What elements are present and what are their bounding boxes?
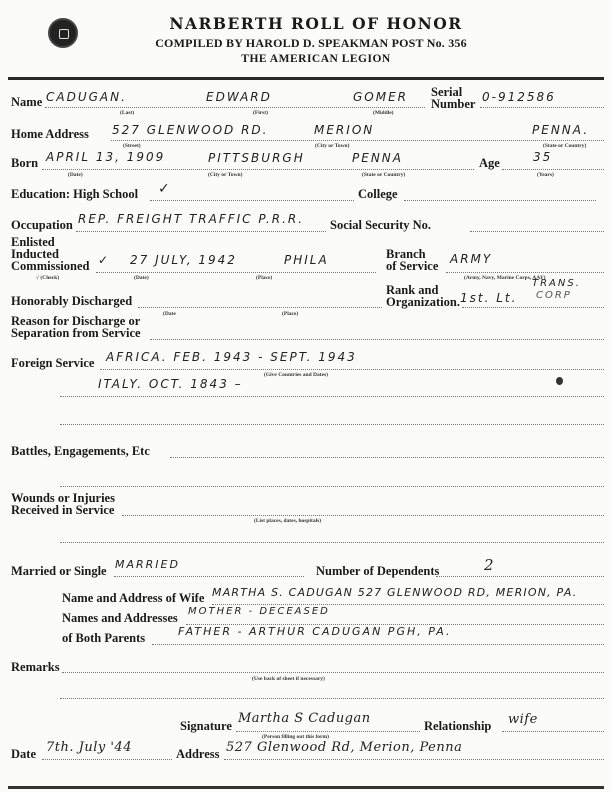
serial-line: [480, 107, 604, 108]
address-label: Address: [176, 748, 220, 761]
dependents-value[interactable]: 2: [484, 556, 494, 574]
wounds-label-2: Received in Service: [11, 504, 114, 517]
age-line: [502, 169, 604, 170]
wife-line: [212, 604, 604, 605]
battles-line-2[interactable]: [60, 486, 604, 487]
marital-label: Married or Single: [11, 565, 107, 578]
service-entry-date[interactable]: 27 JULY, 1942: [130, 253, 237, 267]
date-sublabel: (Date): [134, 275, 149, 281]
wounds-sublabel: (List places, dates, hospitals): [254, 518, 321, 524]
discharge-reason-label-2: Separation from Service: [11, 327, 141, 340]
address-line: [224, 759, 604, 760]
first-sublabel: (First): [253, 110, 268, 116]
last-sublabel: (Last): [120, 110, 134, 116]
birth-state-sublabel: (State or Country): [362, 172, 405, 178]
check-sublabel: √ (Check): [36, 275, 59, 281]
signature-line: [236, 731, 420, 732]
battles-label: Battles, Engagements, Etc: [11, 445, 150, 458]
dependents-label: Number of Dependents: [316, 565, 439, 578]
foreign-service-label: Foreign Service: [11, 357, 94, 370]
header-divider: [8, 77, 604, 80]
discharge-place-sublabel: (Place): [282, 311, 298, 317]
service-entry-line: [96, 272, 376, 273]
first-name-value[interactable]: EDWARD: [206, 90, 272, 104]
city-value[interactable]: MERION: [314, 123, 374, 137]
branch-value[interactable]: ARMY: [450, 252, 492, 266]
date-value[interactable]: 7th. July '44: [46, 740, 132, 755]
foreign-service-sublabel: (Give Countries and Dates): [264, 372, 328, 378]
remarks-label: Remarks: [11, 661, 60, 674]
remarks-line-2[interactable]: [60, 698, 604, 699]
rank-label-2: Organization.: [386, 296, 460, 309]
marital-line: [114, 576, 304, 577]
age-label: Age: [479, 157, 500, 170]
serial-number-value[interactable]: 0-912586: [482, 90, 556, 104]
ssn-label: Social Security No.: [330, 219, 431, 232]
form-subtitle: COMPILED BY HAROLD D. SPEAKMAN POST No. …: [0, 36, 612, 51]
birth-city-sublabel: (City or Town): [208, 172, 242, 178]
home-address-line: [111, 140, 604, 141]
street-sublabel: (Street): [123, 143, 141, 149]
home-address-label: Home Address: [11, 128, 89, 141]
college-line[interactable]: [404, 200, 596, 201]
education-label: Education: High School: [11, 188, 138, 201]
parents-label-2: of Both Parents: [62, 632, 145, 645]
occupation-value[interactable]: REP. FREIGHT TRAFFIC P.R.R.: [78, 212, 304, 226]
age-sublabel: (Years): [537, 172, 554, 178]
rank-value[interactable]: 1st. Lt.: [460, 291, 517, 305]
relationship-label: Relationship: [424, 720, 491, 733]
foreign-service-value-1[interactable]: AFRICA. FEB. 1943 - SEPT. 1943: [106, 350, 357, 364]
serial-label-2: Number: [431, 98, 475, 111]
commissioned-label: Commissioned: [11, 260, 89, 273]
wounds-line-2[interactable]: [60, 542, 604, 543]
occupation-label: Occupation: [11, 219, 73, 232]
born-line: [42, 169, 474, 170]
foreign-service-line-1: [100, 369, 604, 370]
wounds-line-1[interactable]: [122, 515, 604, 516]
birth-date-value[interactable]: APRIL 13, 1909: [46, 150, 165, 164]
city-sublabel: (City or Town): [315, 143, 349, 149]
wife-value[interactable]: MARTHA S. CADUGAN 527 GLENWOOD RD, MERIO…: [212, 586, 577, 599]
footer-divider: [8, 786, 604, 789]
ssn-line[interactable]: [470, 231, 604, 232]
occupation-line: [76, 231, 326, 232]
organization-value-1[interactable]: TRANS.: [532, 278, 581, 289]
name-label: Name: [11, 96, 42, 109]
parents-line-2: [152, 644, 604, 645]
birth-city-value[interactable]: PITTSBURGH: [208, 151, 305, 165]
organization-name: THE AMERICAN LEGION: [0, 53, 612, 65]
high-school-check[interactable]: ✓: [158, 181, 172, 197]
mother-value[interactable]: MOTHER - DECEASED: [188, 606, 330, 617]
place-sublabel: (Place): [256, 275, 272, 281]
birth-date-sublabel: (Date): [68, 172, 83, 178]
remarks-line-1[interactable]: [62, 672, 604, 673]
signature-label: Signature: [180, 720, 232, 733]
state-sublabel: (State or Country): [543, 143, 586, 149]
middle-name-value[interactable]: GOMER: [353, 90, 408, 104]
ink-blot: [556, 377, 563, 385]
foreign-service-line-2: [60, 396, 604, 397]
service-entry-place[interactable]: PHILA: [284, 253, 329, 267]
marital-value[interactable]: MARRIED: [115, 558, 180, 571]
college-label: College: [358, 188, 398, 201]
date-line: [42, 759, 172, 760]
discharge-reason-line[interactable]: [150, 339, 604, 340]
last-name-value[interactable]: CADUGAN.: [46, 90, 127, 104]
organization-value-2[interactable]: CORP: [536, 290, 572, 301]
father-value[interactable]: FATHER - ARTHUR CADUGAN PGH, PA.: [178, 625, 452, 638]
discharged-line[interactable]: [138, 307, 382, 308]
form-title: NARBERTH ROLL OF HONOR: [0, 14, 612, 33]
dependents-line: [436, 576, 604, 577]
battles-line-1[interactable]: [170, 457, 604, 458]
wife-label: Name and Address of Wife: [62, 592, 204, 605]
born-label: Born: [11, 157, 38, 170]
age-value[interactable]: 35: [533, 150, 552, 164]
branch-line: [446, 272, 604, 273]
address-value[interactable]: 527 Glenwood Rd, Merion, Penna: [226, 740, 462, 755]
relationship-line: [502, 731, 604, 732]
remarks-sublabel: (Use back of sheet if necessary): [252, 676, 325, 682]
name-line: [45, 107, 425, 108]
discharge-date-sublabel: (Date: [163, 311, 176, 317]
commissioned-check[interactable]: ✓: [98, 253, 110, 267]
foreign-service-value-2[interactable]: ITALY. OCT. 1843 –: [98, 377, 243, 391]
rank-line: [462, 307, 604, 308]
discharged-label: Honorably Discharged: [11, 295, 132, 308]
middle-sublabel: (Middle): [373, 110, 393, 116]
high-school-line: [150, 200, 354, 201]
state-value[interactable]: PENNA.: [532, 123, 589, 137]
signature-value[interactable]: Martha S Cadugan: [238, 711, 371, 726]
birth-state-value[interactable]: PENNA: [352, 151, 403, 165]
relationship-value[interactable]: wife: [508, 712, 538, 727]
foreign-service-line-3[interactable]: [60, 424, 604, 425]
street-value[interactable]: 527 GLENWOOD RD.: [112, 123, 268, 137]
parents-label-1: Names and Addresses: [62, 612, 178, 625]
date-label: Date: [11, 748, 36, 761]
branch-label-2: of Service: [386, 260, 438, 273]
